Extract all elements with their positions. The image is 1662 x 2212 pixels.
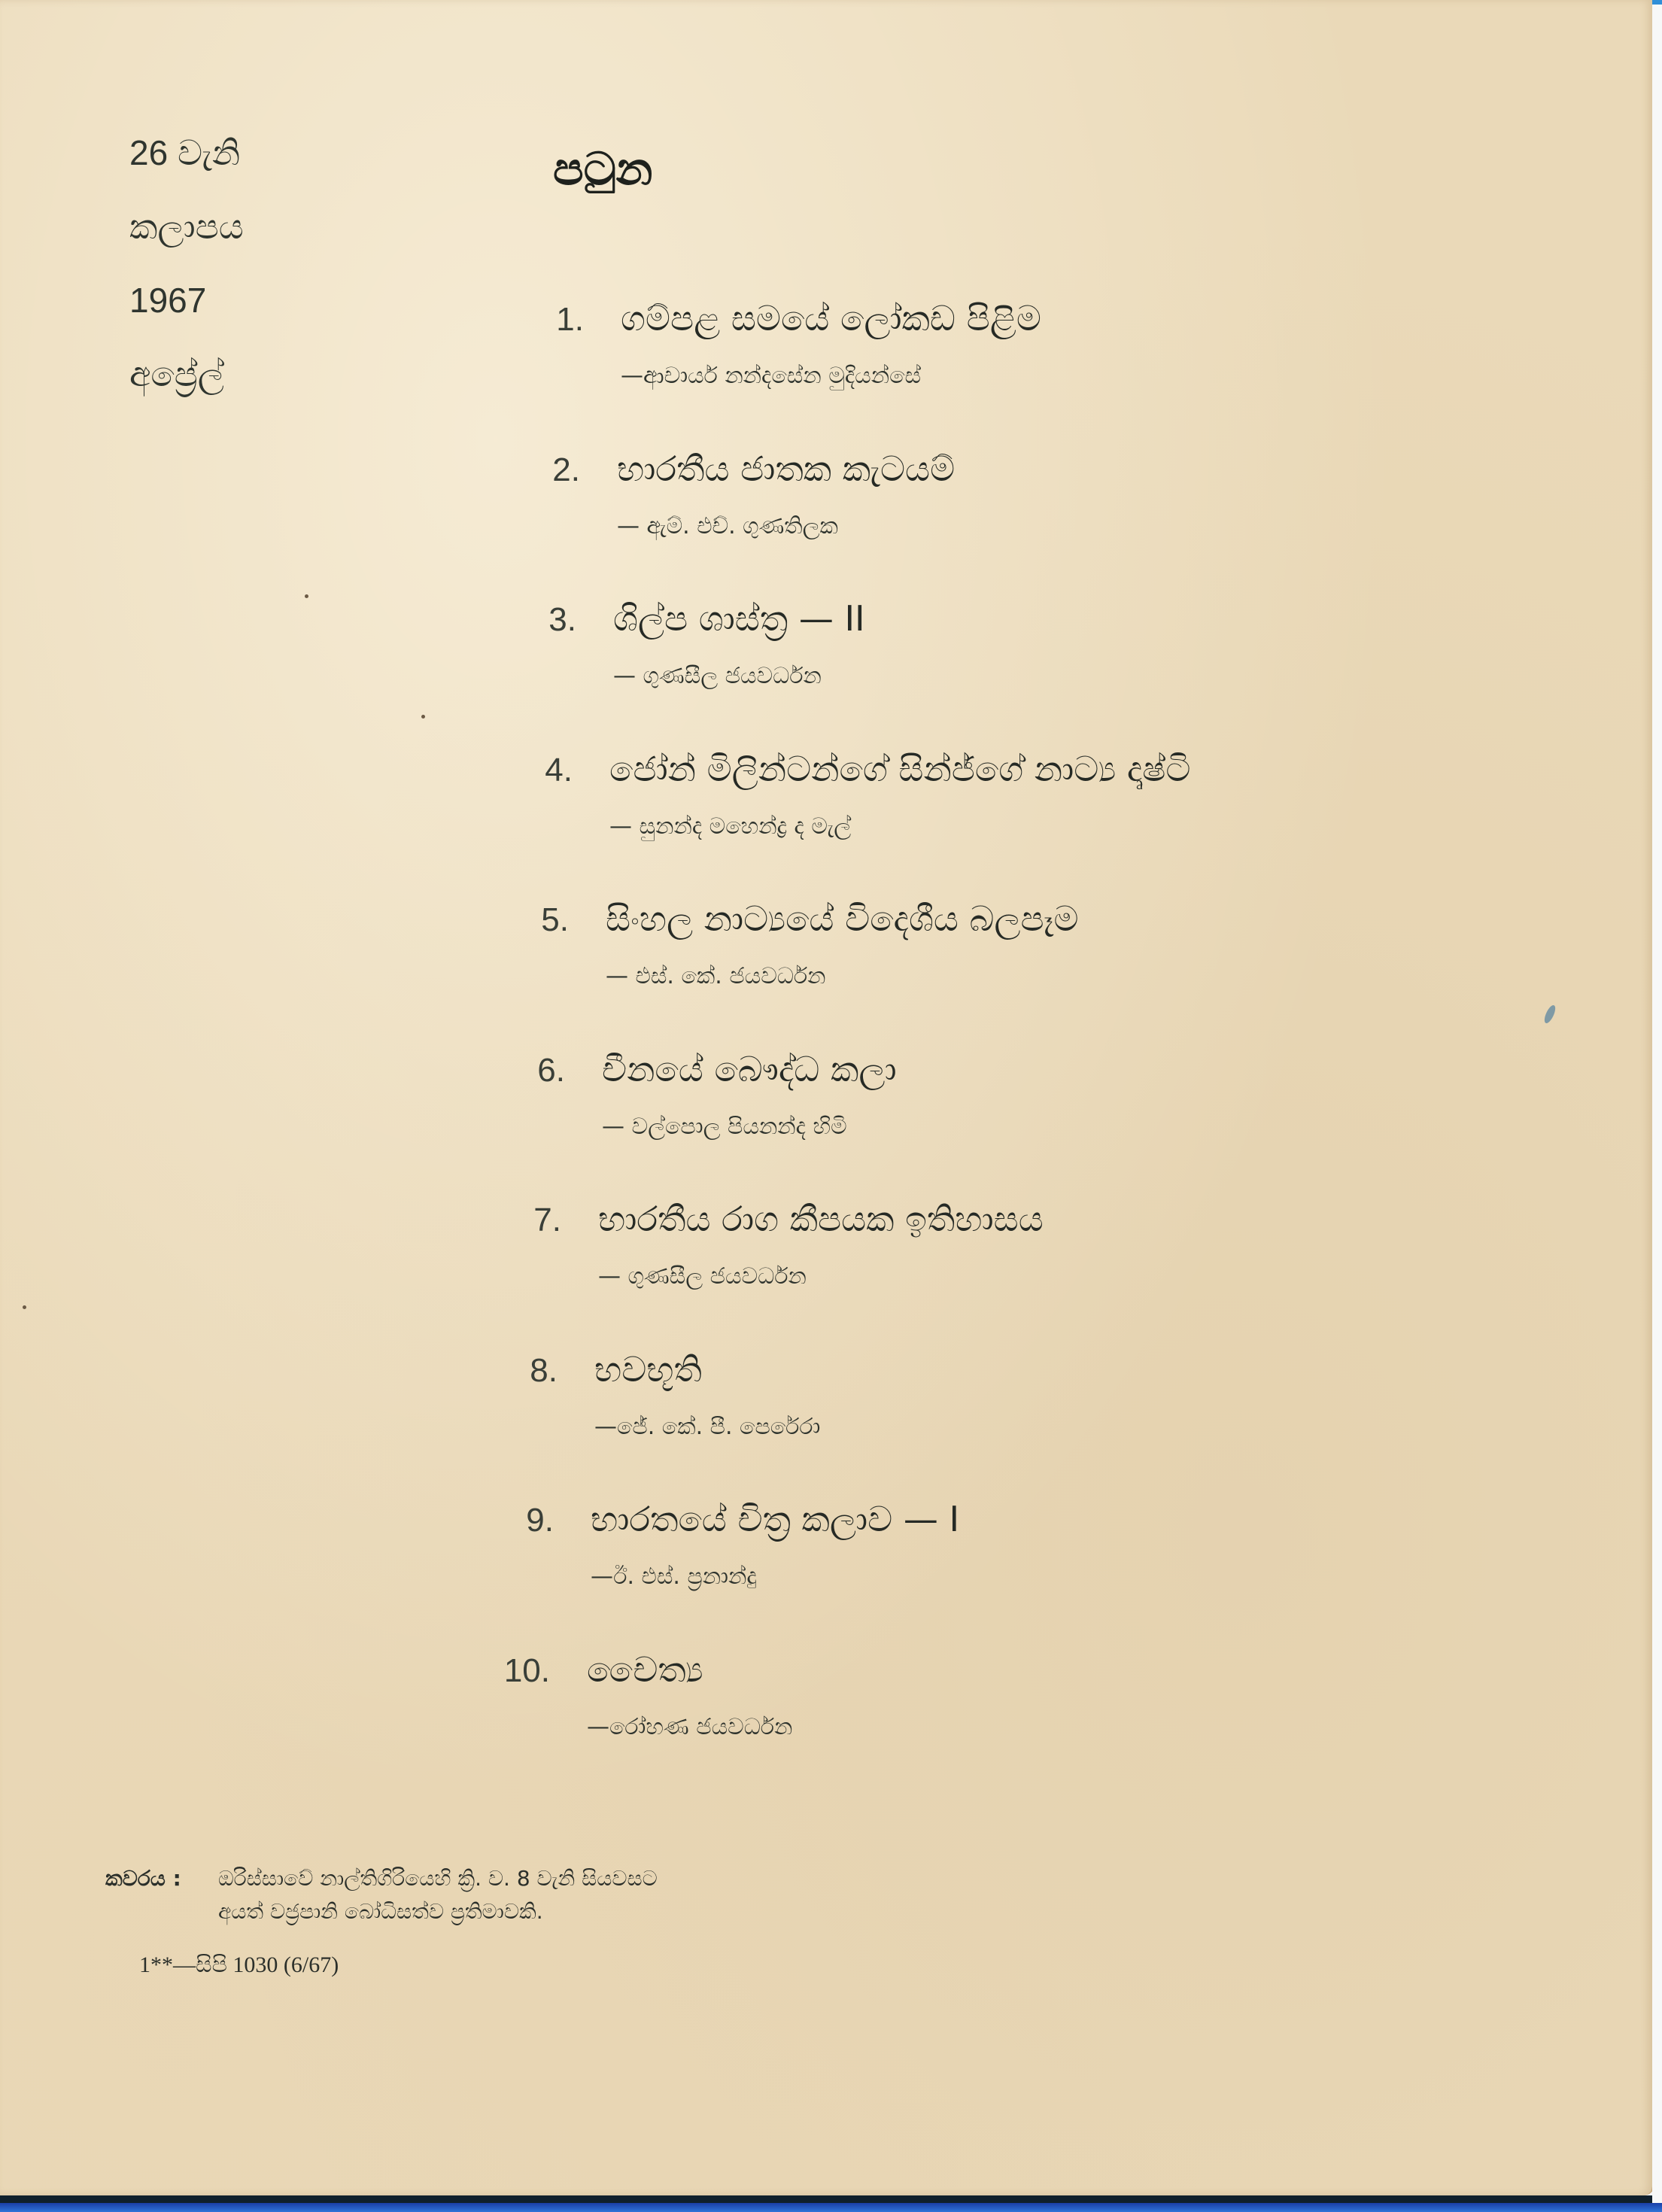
entry-number: 4. [505,752,573,789]
scan-margin [1652,0,1662,2204]
entry-number: 7. [494,1202,561,1239]
scan-edge [1652,0,1662,5]
contents-heading: පටුන [553,143,652,196]
print-code: 1**—සිපි 1030 (6/67) [139,1952,339,1978]
journal-page: 26 වැනි කලාපය 1967 අප්‍රේල් පටුන 1.ගම්පළ… [0,0,1654,2195]
cover-caption-line-2: අයත් වජ්‍රපානි බෝධිසත්ව ප්‍රතිමාවකි. [218,1899,543,1925]
entry-number: 3. [509,601,576,639]
entry-author: — ගුණසීල ජයවර්ධන [613,663,822,689]
entry-title: ජෝන් මිලින්ටන්ගේ සින්ජ්ගේ නාට්‍ය දෘෂ්ටි [609,749,1190,791]
entry-number: 10. [482,1652,550,1690]
paper-blemish [1542,1004,1557,1025]
scanner-bed-edge [0,2203,1662,2212]
entry-number: 9. [486,1502,554,1539]
entry-title: ශිල්ප ශාස්ත්‍ර — II [613,598,865,640]
entry-author: —රෝහණ ජයවර්ධන [587,1714,792,1740]
entry-author: — වල්පොල පියනන්ද හිමි [602,1114,847,1140]
entry-number: 8. [490,1352,558,1390]
entry-title: භවභූති [594,1349,702,1391]
scanned-document: 26 වැනි කලාපය 1967 අප්‍රේල් පටුන 1.ගම්පළ… [0,0,1662,2212]
volume-label: කලාපය [129,209,244,283]
paper-speck [421,715,425,719]
entry-title: භාරතීය ජාතක කැටයම් [617,448,955,491]
entry-title: චීනයේ බෞද්ධ කලා [602,1049,897,1091]
entry-title: භාරතයේ චිත්‍ර කලාව — I [591,1499,959,1541]
cover-label: කවරය : [105,1866,181,1891]
cover-caption-line-1: ඔරිස්සාවේ නාල්තිගිරියෙහි ක්‍රි. ව. 8 වැන… [218,1866,658,1891]
entry-author: — එස්. කේ. ජයවර්ධන [606,963,826,989]
issue-number: 26 වැනි [129,135,244,209]
issue-info: 26 වැනි කලාපය 1967 අප්‍රේල් [129,135,244,430]
issue-month: අප්‍රේල් [129,357,244,430]
entry-title: සිංහල නාට්‍යයේ විදෙශීය බලපෑම [606,898,1079,940]
paper-speck [305,594,308,598]
entry-title: ගම්පළ සමයේ ලෝකඩ පිළිම [621,298,1041,340]
entry-number: 2. [512,451,580,489]
entry-number: 6. [497,1052,565,1089]
issue-year: 1967 [129,283,244,357]
entry-author: — ගුණසීල ජයවර්ධන [598,1263,807,1290]
entry-author: —ඊ. එස්. ප්‍රනාන්දු [591,1563,757,1590]
entry-author: — ඇම්. එච්. ගුණතිලක [617,513,838,539]
paper-speck [23,1305,26,1309]
entry-author: —ජේ. කේ. පී. පෙරේරා [594,1414,820,1440]
entry-title: භාරතීය රාග කීපයක ඉතිහාසය [598,1199,1044,1241]
entry-number: 1. [516,301,584,339]
entry-author: —ආචාර්ය නන්දසේන මුදියන්සේ [621,363,921,389]
entry-title: චෛත්‍ය [587,1649,703,1691]
entry-number: 5. [501,901,569,939]
entry-author: — සුනන්ද මහෙන්ද්‍ර ද මැල් [609,813,851,840]
